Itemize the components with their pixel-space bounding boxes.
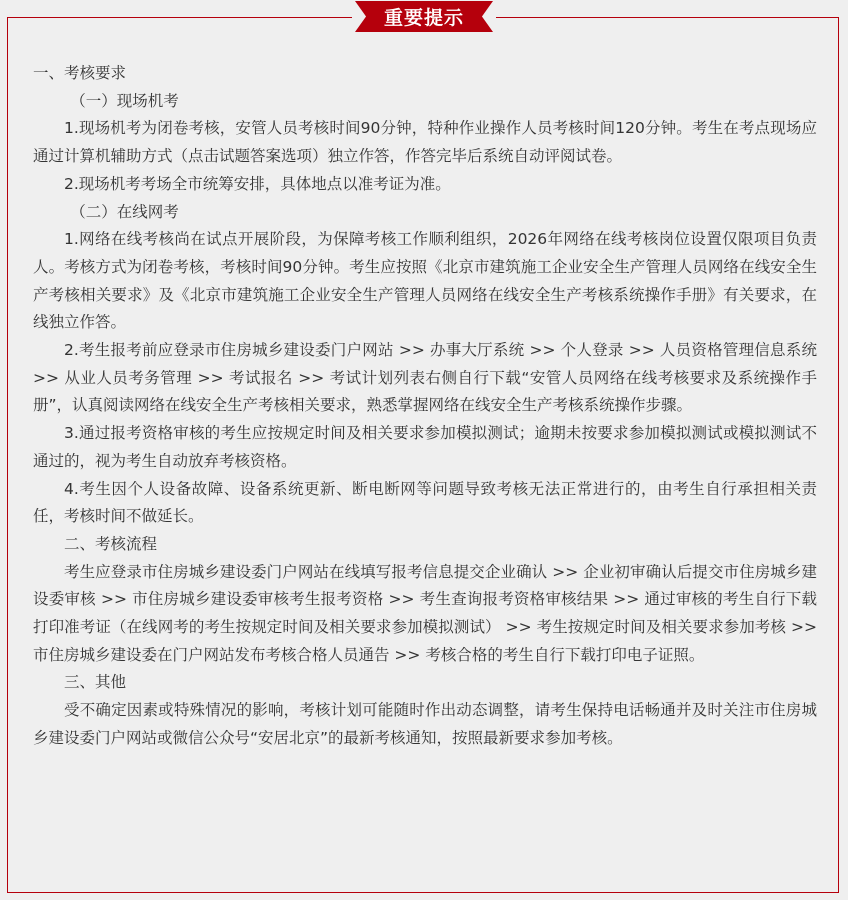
section-heading-process: 二、考核流程 xyxy=(33,531,817,559)
section-heading-other: 三、其他 xyxy=(33,669,817,697)
paragraph-online-3: 3.通过报考资格审核的考生应按规定时间及相关要求参加模拟测试；逾期未按要求参加模… xyxy=(33,420,817,475)
section-heading-requirements: 一、考核要求 xyxy=(33,60,817,88)
paragraph-onsite-2: 2.现场机考考场全市统筹安排，具体地点以准考证为准。 xyxy=(33,171,817,199)
paragraph-process: 考生应登录市住房城乡建设委门户网站在线填写报考信息提交企业确认 >> 企业初审确… xyxy=(33,559,817,670)
paragraph-online-2: 2.考生报考前应登录市住房城乡建设委门户网站 >> 办事大厅系统 >> 个人登录… xyxy=(33,337,817,420)
header-badge-container: 重要提示 xyxy=(352,1,496,32)
subsection-heading-onsite: （一）现场机考 xyxy=(33,88,817,116)
paragraph-other: 受不确定因素或特殊情况的影响，考核计划可能随时作出动态调整，请考生保持电话畅通并… xyxy=(33,697,817,752)
notice-title: 重要提示 xyxy=(384,3,464,30)
subsection-heading-online: （二）在线网考 xyxy=(33,199,817,227)
paragraph-onsite-1: 1.现场机考为闭卷考核，安管人员考核时间90分钟，特种作业操作人员考核时间120… xyxy=(33,115,817,170)
notice-content: 一、考核要求 （一）现场机考 1.现场机考为闭卷考核，安管人员考核时间90分钟，… xyxy=(33,60,817,753)
paragraph-online-1: 1.网络在线考核尚在试点开展阶段，为保障考核工作顺利组织，2026年网络在线考核… xyxy=(33,226,817,337)
paragraph-online-4: 4.考生因个人设备故障、设备系统更新、断电断网等问题导致考核无法正常进行的，由考… xyxy=(33,476,817,531)
header-badge: 重要提示 xyxy=(355,1,493,32)
